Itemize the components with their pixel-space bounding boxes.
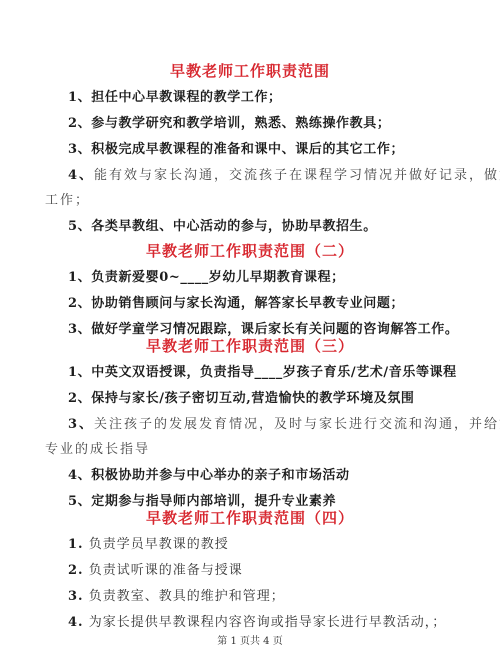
list-item: 3. 负责教室、教具的维护和管理； [68,585,285,604]
item-number: 1. [68,537,84,552]
list-item: 4、能有效与家长沟通，交流孩子在课程学习情况并做好记录，做好学员维护 [68,164,500,183]
item-text: 负责教室、教具的维护和管理； [89,589,285,604]
list-item-continuation: 专业的成长指导 [45,438,150,457]
list-item: 3、关注孩子的发展发育情况，及时与家长进行交流和沟通，并给家长和孩子 [68,413,500,432]
list-item: 4、积极协助并参与中心举办的亲子和市场活动 [68,464,350,483]
list-item: 4. 为家长提供早教课程内容咨询或指导家长进行早教活动，； [68,611,446,630]
list-item: 1、中英文双语授课，负责指导____岁孩子育乐/艺术/音乐等课程 [68,361,457,380]
item-number: 4、 [68,168,94,183]
list-item: 2、参与教学研究和教学培训，熟悉、熟练操作教具； [68,112,390,131]
item-number: 3. [68,589,84,604]
document-page: 早教老师工作职责范围 1、担任中心早教课程的教学工作； 2、参与教学研究和教学培… [0,0,500,647]
list-item: 5、各类早教组、中心活动的参与，协助早教招生。 [68,215,377,234]
section-title-2: 早教老师工作职责范围（二） [0,240,500,261]
list-item: 1. 负责学员早教课的教授 [68,533,229,552]
page-footer: 第 1 页共 4 页 [0,632,500,647]
item-number: 4. [68,615,84,630]
item-text: 为家长提供早教课程内容咨询或指导家长进行早教活动，； [89,615,447,630]
list-item: 2. 负责试听课的准备与授课 [68,559,243,578]
item-text: 负责试听课的准备与授课 [89,563,243,578]
item-text: 关注孩子的发展发育情况，及时与家长进行交流和沟通，并给家长和孩子 [94,417,500,432]
list-item-continuation: 工作； [45,189,90,208]
list-item: 1、担任中心早教课程的教学工作； [68,86,282,105]
item-text: 能有效与家长沟通，交流孩子在课程学习情况并做好记录，做好学员维护 [94,168,500,183]
list-item: 2、保持与家长/孩子密切互动,营造愉快的教学环境及氛围 [68,387,415,406]
list-item: 2、协助销售顾问与家长沟通，解答家长早教专业问题； [68,292,404,311]
section-title-3: 早教老师工作职责范围（三） [0,335,500,356]
list-item: 3、积极完成早教课程的准备和课中、课后的其它工作； [68,138,404,157]
section-title-4: 早教老师工作职责范围（四） [0,507,500,528]
section-title-1: 早教老师工作职责范围 [0,60,500,81]
item-number: 3、 [68,417,94,432]
item-number: 2. [68,563,84,578]
list-item: 1、负责新爱婴0~____岁幼儿早期教育课程； [68,266,345,285]
item-text: 负责学员早教课的教授 [89,537,229,552]
